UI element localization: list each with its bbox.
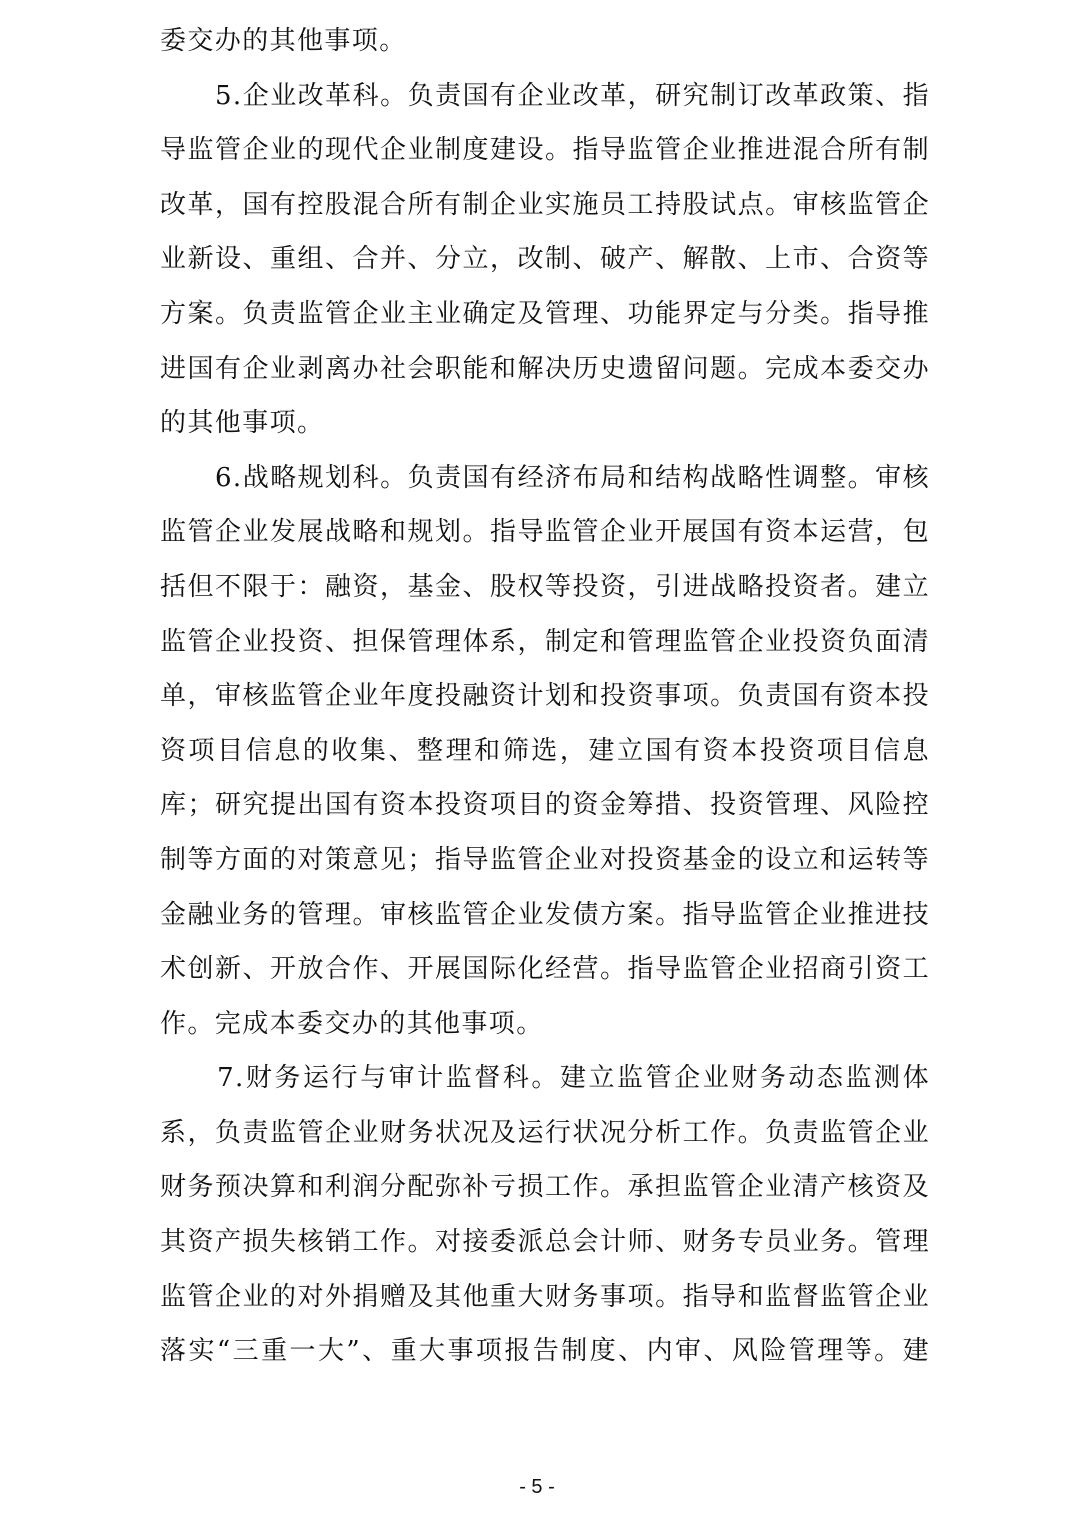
text-line: 导监管企业的现代企业制度建设。指导监管企业推进混合所有制 — [160, 123, 930, 178]
paragraph-item-5-enterprise-reform: 5.企业改革科。负责国有企业改革，研究制订改革政策、指 导监管企业的现代企业制度… — [160, 69, 930, 451]
text-line: 的其他事项。 — [160, 396, 930, 451]
text-line: 库；研究提出国有资本投资项目的资金筹措、投资管理、风险控 — [160, 778, 930, 833]
text-line: 单，审核监管企业年度投融资计划和投资事项。负责国有资本投 — [160, 669, 930, 724]
text-line: 其资产损失核销工作。对接委派总会计师、财务专员业务。管理 — [160, 1215, 930, 1270]
page-number: - 5 - — [0, 1476, 1074, 1499]
text-line: 监管企业发展战略和规划。指导监管企业开展国有资本运营，包 — [160, 505, 930, 560]
text-line: 委交办的其他事项。 — [160, 14, 930, 69]
text-line: 方案。负责监管企业主业确定及管理、功能界定与分类。指导推 — [160, 287, 930, 342]
text-line: 落实“三重一大”、重大事项报告制度、内审、风险管理等。建 — [160, 1324, 930, 1379]
text-line: 财务预决算和利润分配弥补亏损工作。承担监管企业清产核资及 — [160, 1160, 930, 1215]
text-line: 7.财务运行与审计监督科。建立监管企业财务动态监测体 — [160, 1051, 930, 1106]
text-line: 括但不限于：融资，基金、股权等投资，引进战略投资者。建立 — [160, 560, 930, 615]
text-line: 资项目信息的收集、整理和筛选，建立国有资本投资项目信息 — [160, 724, 930, 779]
body-text: 委交办的其他事项。 5.企业改革科。负责国有企业改革，研究制订改革政策、指 导监… — [160, 14, 930, 1379]
text-line: 进国有企业剥离办社会职能和解决历史遗留问题。完成本委交办 — [160, 342, 930, 397]
text-line: 系，负责监管企业财务状况及运行状况分析工作。负责监管企业 — [160, 1106, 930, 1161]
text-line: 监管企业投资、担保管理体系，制定和管理监管企业投资负面清 — [160, 615, 930, 670]
text-line: 术创新、开放合作、开展国际化经营。指导监管企业招商引资工 — [160, 942, 930, 997]
text-line: 业新设、重组、合并、分立，改制、破产、解散、上市、合资等 — [160, 232, 930, 287]
text-line: 作。完成本委交办的其他事项。 — [160, 997, 930, 1052]
text-line: 6.战略规划科。负责国有经济布局和结构战略性调整。审核 — [160, 451, 930, 506]
document-page: 委交办的其他事项。 5.企业改革科。负责国有企业改革，研究制订改革政策、指 导监… — [0, 0, 1074, 1520]
text-line: 改革，国有控股混合所有制企业实施员工持股试点。审核监管企 — [160, 178, 930, 233]
paragraph-item-7-finance-audit: 7.财务运行与审计监督科。建立监管企业财务动态监测体 系，负责监管企业财务状况及… — [160, 1051, 930, 1379]
paragraph-item-4-tail: 委交办的其他事项。 — [160, 14, 930, 69]
paragraph-item-6-strategic-planning: 6.战略规划科。负责国有经济布局和结构战略性调整。审核 监管企业发展战略和规划。… — [160, 451, 930, 1052]
text-line: 监管企业的对外捐赠及其他重大财务事项。指导和监督监管企业 — [160, 1270, 930, 1325]
text-line: 5.企业改革科。负责国有企业改革，研究制订改革政策、指 — [160, 69, 930, 124]
text-line: 金融业务的管理。审核监管企业发债方案。指导监管企业推进技 — [160, 888, 930, 943]
text-line: 制等方面的对策意见；指导监管企业对投资基金的设立和运转等 — [160, 833, 930, 888]
